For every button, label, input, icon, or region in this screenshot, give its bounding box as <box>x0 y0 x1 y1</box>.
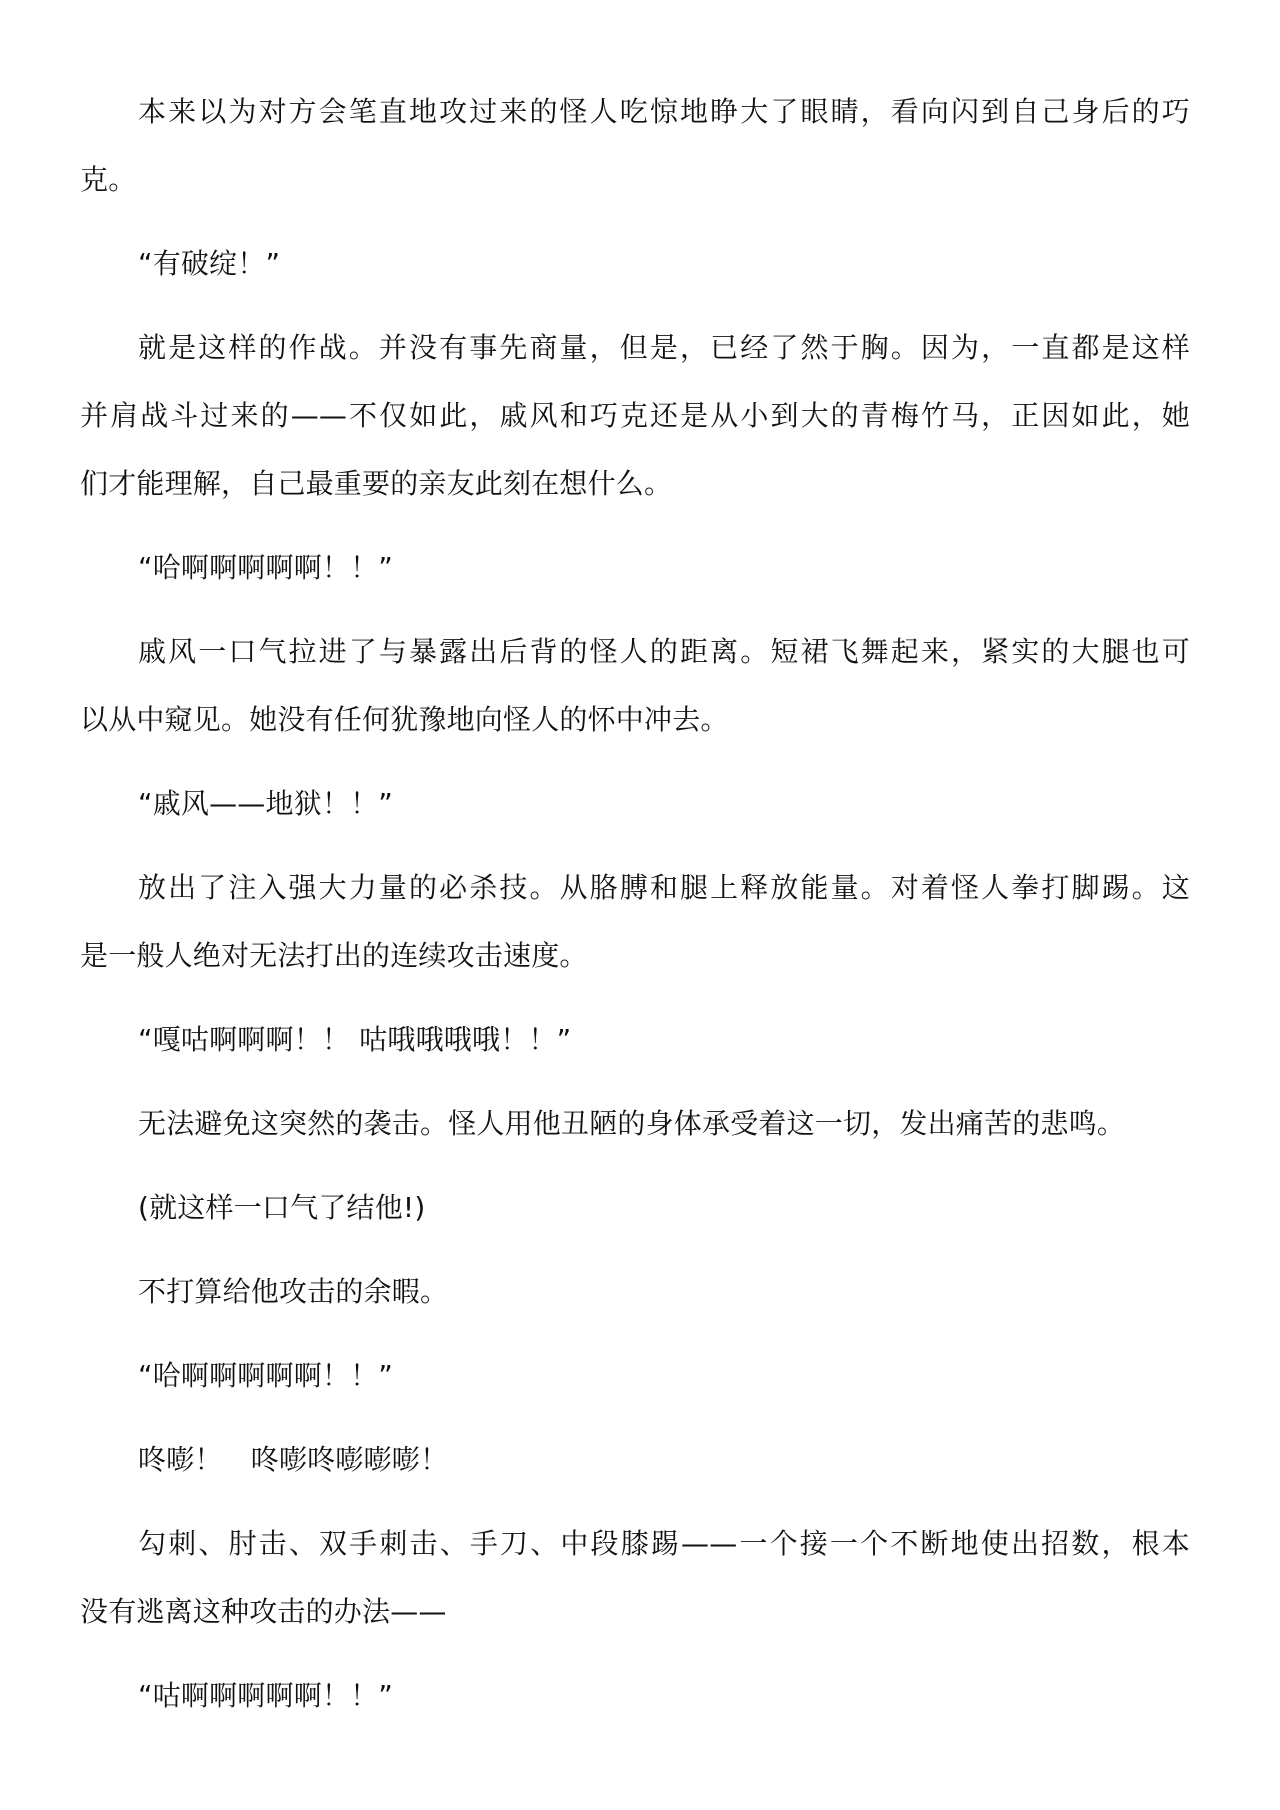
dialogue-line: “咕啊啊啊啊啊！！” <box>80 1662 1190 1730</box>
paragraph-11: 不打算给他攻击的余暇。 <box>80 1258 1190 1326</box>
paragraph-4-dialogue: “哈啊啊啊啊啊！！” <box>80 534 1190 602</box>
dialogue-line: “戚风——地狱！！” <box>80 770 1190 838</box>
text-line: 是一般人绝对无法打出的连续攻击速度。 <box>80 922 1190 990</box>
dialogue-line: “哈啊啊啊啊啊！！” <box>80 1342 1190 1410</box>
text-line: 并肩战斗过来的——不仅如此，戚风和巧克还是从小到大的青梅竹马，正因如此，她 <box>80 382 1190 450</box>
paragraph-7: 放出了注入强大力量的必杀技。从胳膊和腿上释放能量。对着怪人拳打脚踢。这 是一般人… <box>80 854 1190 990</box>
paragraph-5: 戚风一口气拉进了与暴露出后背的怪人的距离。短裙飞舞起来，紧实的大腿也可 以从中窥… <box>80 618 1190 754</box>
text-line: 不打算给他攻击的余暇。 <box>80 1258 1190 1326</box>
paragraph-14: 勾刺、肘击、双手刺击、手刀、中段膝踢——一个接一个不断地使出招数，根本 没有逃离… <box>80 1510 1190 1646</box>
paragraph-3: 就是这样的作战。并没有事先商量，但是，已经了然于胸。因为，一直都是这样 并肩战斗… <box>80 314 1190 518</box>
text-line: 们才能理解，自己最重要的亲友此刻在想什么。 <box>80 450 1190 518</box>
text-line: 戚风一口气拉进了与暴露出后背的怪人的距离。短裙飞舞起来，紧实的大腿也可 <box>80 618 1190 686</box>
text-line: 无法避免这突然的袭击。怪人用他丑陋的身体承受着这一切，发出痛苦的悲鸣。 <box>80 1090 1190 1158</box>
paragraph-9: 无法避免这突然的袭击。怪人用他丑陋的身体承受着这一切，发出痛苦的悲鸣。 <box>80 1090 1190 1158</box>
text-line: 没有逃离这种攻击的办法—— <box>80 1578 1190 1646</box>
paragraph-8-dialogue: “嘎咕啊啊啊！！ 咕哦哦哦哦！！” <box>80 1006 1190 1074</box>
paragraph-12-dialogue: “哈啊啊啊啊啊！！” <box>80 1342 1190 1410</box>
text-line: 就是这样的作战。并没有事先商量，但是，已经了然于胸。因为，一直都是这样 <box>80 314 1190 382</box>
paragraph-13-sound: 咚嘭！ 咚嘭咚嘭嘭嘭！ <box>80 1426 1190 1494</box>
text-line: 以从中窥见。她没有任何犹豫地向怪人的怀中冲去。 <box>80 686 1190 754</box>
dialogue-line: “哈啊啊啊啊啊！！” <box>80 534 1190 602</box>
text-line: 勾刺、肘击、双手刺击、手刀、中段膝踢——一个接一个不断地使出招数，根本 <box>80 1510 1190 1578</box>
dialogue-line: “嘎咕啊啊啊！！ 咕哦哦哦哦！！” <box>80 1006 1190 1074</box>
paragraph-6-dialogue: “戚风——地狱！！” <box>80 770 1190 838</box>
document-page: 本来以为对方会笔直地攻过来的怪人吃惊地睁大了眼睛，看向闪到自己身后的巧 克。 “… <box>80 78 1190 1746</box>
paragraph-10-thought: (就这样一口气了结他!) <box>80 1174 1190 1242</box>
text-line: 本来以为对方会笔直地攻过来的怪人吃惊地睁大了眼睛，看向闪到自己身后的巧 <box>80 78 1190 146</box>
paragraph-2-dialogue: “有破绽！” <box>80 230 1190 298</box>
paragraph-15-dialogue: “咕啊啊啊啊啊！！” <box>80 1662 1190 1730</box>
text-line: 克。 <box>80 146 1190 214</box>
dialogue-line: “有破绽！” <box>80 230 1190 298</box>
text-line: 放出了注入强大力量的必杀技。从胳膊和腿上释放能量。对着怪人拳打脚踢。这 <box>80 854 1190 922</box>
sound-effect-line: 咚嘭！ 咚嘭咚嘭嘭嘭！ <box>80 1426 1190 1494</box>
thought-line: (就这样一口气了结他!) <box>80 1174 1190 1242</box>
paragraph-1: 本来以为对方会笔直地攻过来的怪人吃惊地睁大了眼睛，看向闪到自己身后的巧 克。 <box>80 78 1190 214</box>
